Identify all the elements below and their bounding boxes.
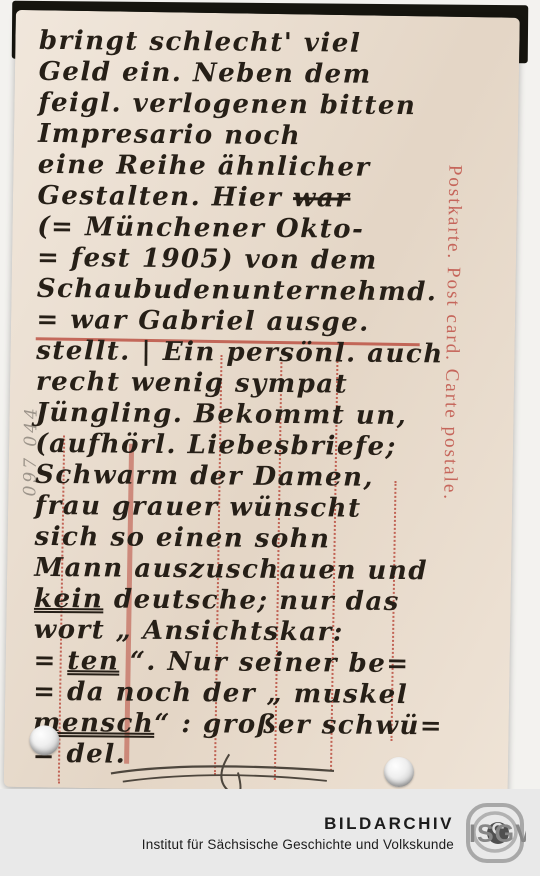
handwriting-line: mensch“ : großer schwü= xyxy=(33,708,493,743)
handwriting-line: = war Gabriel ausge. xyxy=(36,305,496,340)
handwriting-line: Geld ein. Neben dem xyxy=(39,57,499,92)
handwriting-line: recht wenig sympat xyxy=(36,367,496,402)
handwriting-line: = fest 1905) von dem xyxy=(37,243,497,278)
handwriting-line: = ten “. Nur seiner be= xyxy=(33,646,493,681)
isgv-logo-text: ISGV xyxy=(469,820,526,848)
handwriting-line: eine Reihe ähnlicher xyxy=(38,150,498,185)
handwriting-line: feigl. verlogenen bitten xyxy=(38,88,498,123)
handwriting-line: (aufhörl. Liebesbriefe; xyxy=(35,429,495,464)
handwriting-line: Impresario noch xyxy=(38,119,498,154)
handwriting-line: (= Münchener Okto- xyxy=(37,212,497,247)
handwriting-line: frau grauer wünscht xyxy=(35,491,495,526)
handwriting-lines: bringt schlecht' vielGeld ein. Neben dem… xyxy=(33,26,499,774)
archive-name: BILDARCHIV xyxy=(142,814,454,834)
handwriting-line: Schwarm der Damen, xyxy=(35,460,495,495)
archive-footer: BILDARCHIV Institut für Sächsische Gesch… xyxy=(0,789,540,876)
punch-hole-right xyxy=(384,757,414,787)
handwriting-line: = da noch der „ muskel xyxy=(33,677,493,712)
handwriting-line: Schaubudenunternehmd. xyxy=(37,274,497,309)
handwriting-line: kein deutsche; nur das xyxy=(34,584,494,619)
handwriting-line: stellt. | Ein persönl. auch xyxy=(36,336,496,371)
handwriting-line: bringt schlecht' viel xyxy=(39,26,499,61)
handwriting-line: wort „ Ansichtskar: xyxy=(34,615,494,650)
institution-name: Institut für Sächsische Geschichte und V… xyxy=(142,837,454,852)
postcard-scan: Postkarte. Post card. Carte postale. 097… xyxy=(4,10,520,795)
isgv-logo-icon: ISGV xyxy=(464,802,526,864)
handwriting-line: Jüngling. Bekommt un, xyxy=(36,398,496,433)
handwriting-line: Gestalten. Hier war xyxy=(37,181,497,216)
handwriting-line: sich so einen sohn xyxy=(34,522,494,557)
handwriting-line: Mann auszuschauen und xyxy=(34,553,494,588)
